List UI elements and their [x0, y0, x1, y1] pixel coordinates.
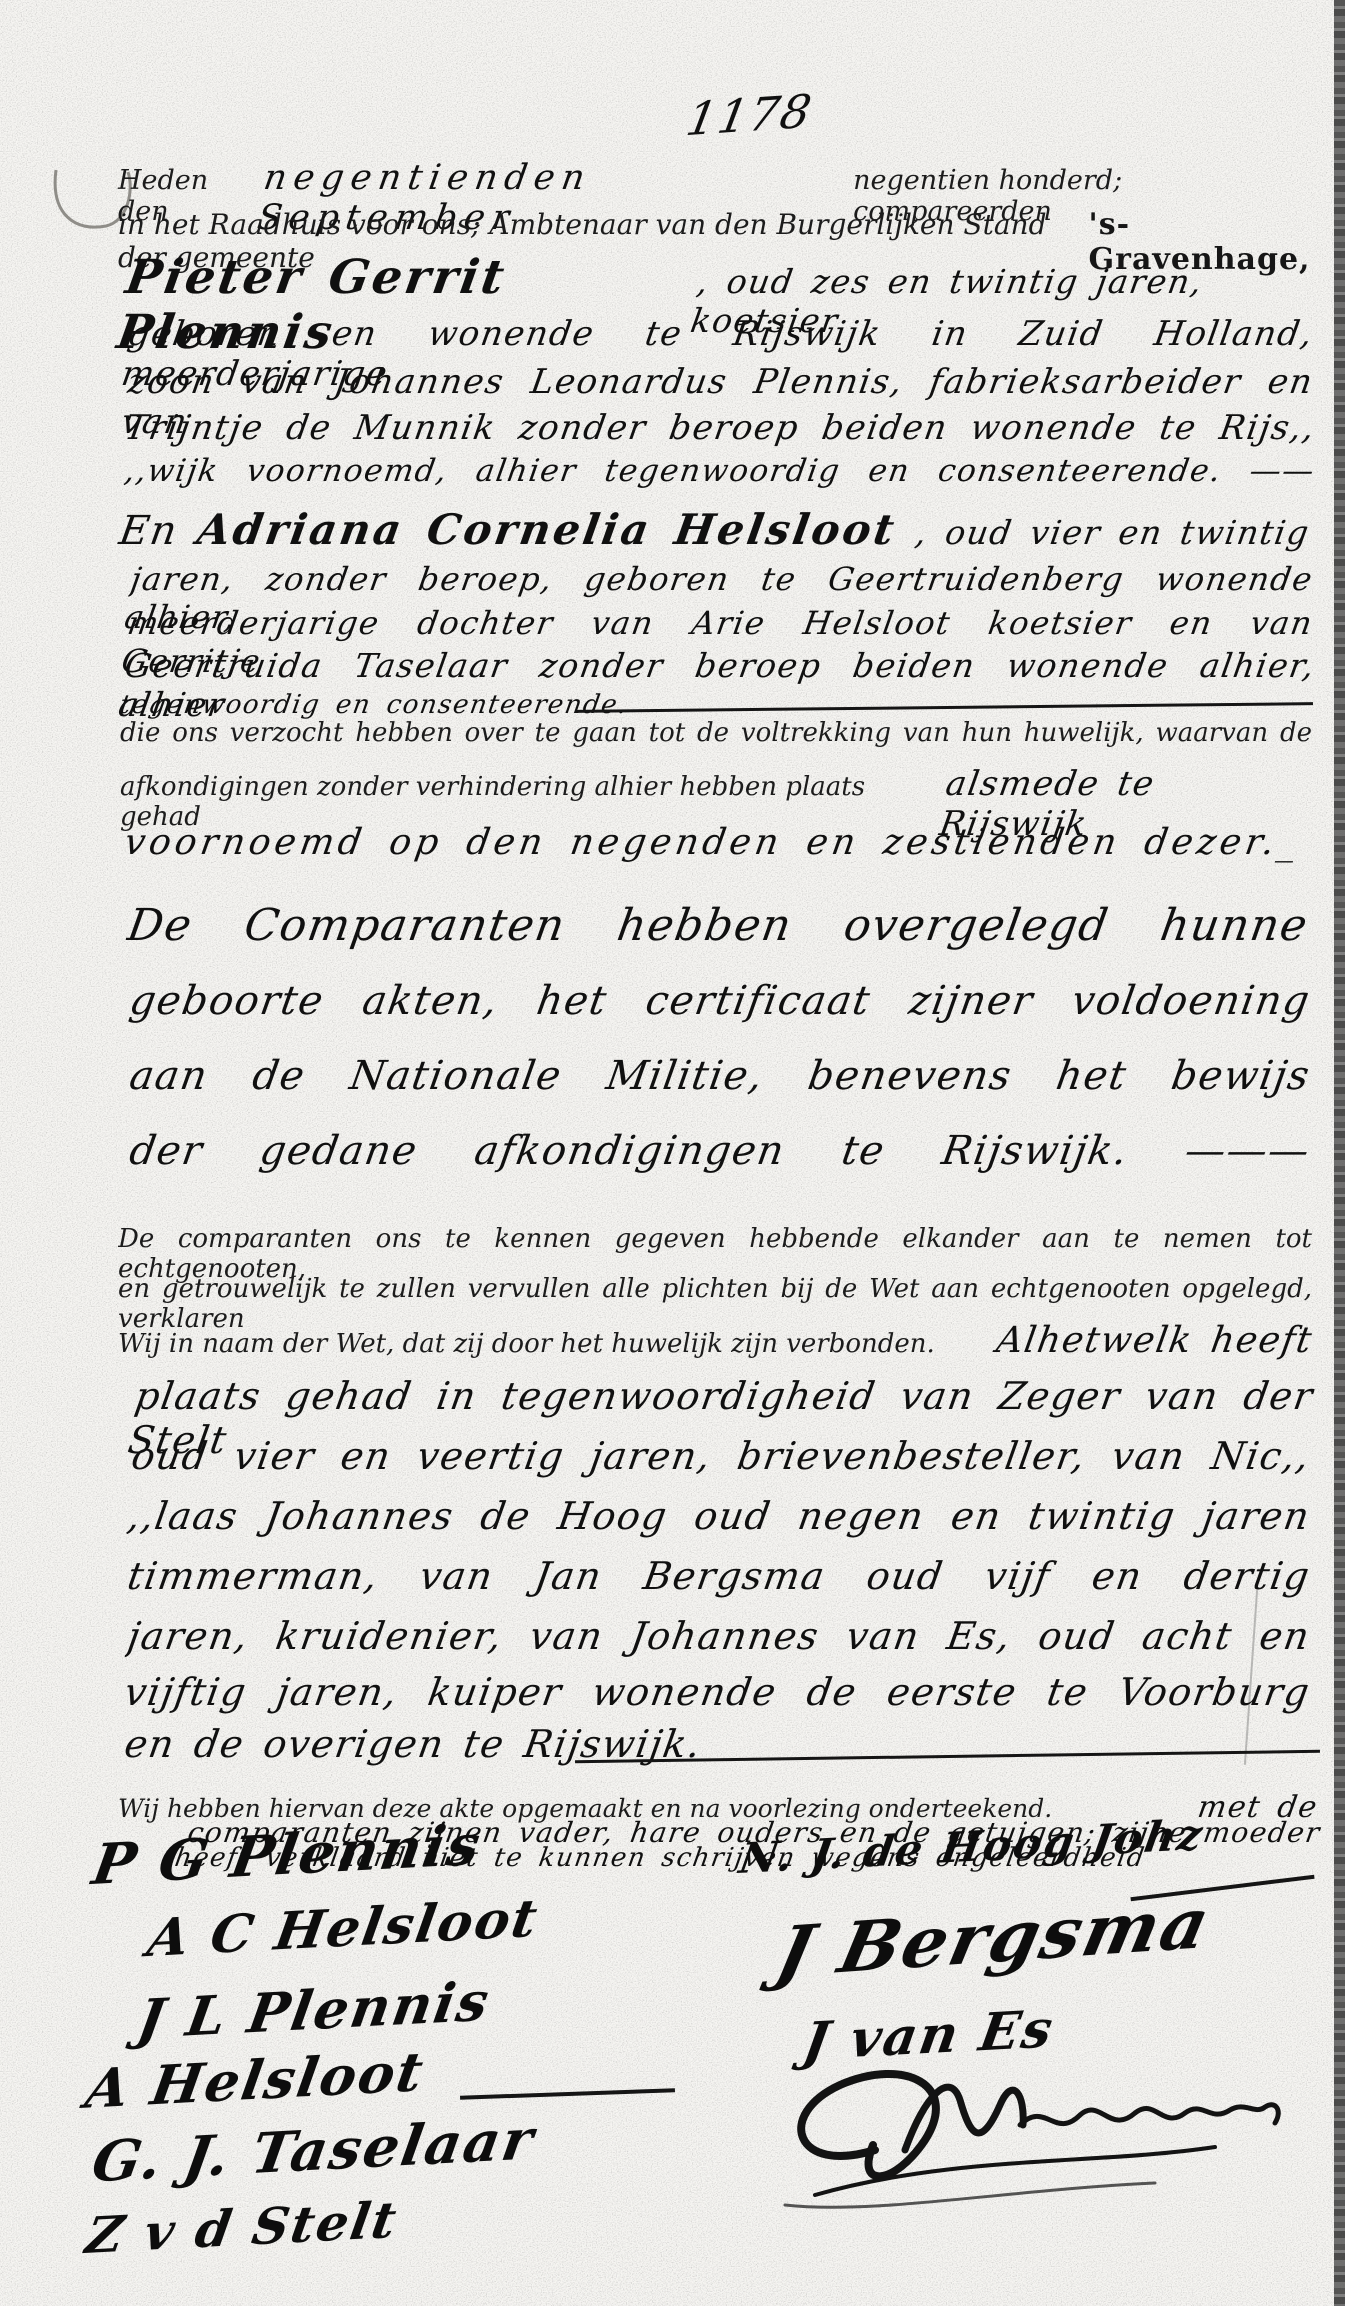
signature-witness-bergsma: J Bergsma	[769, 1881, 1218, 1993]
line-documents-3: aan de Nationale Militie, benevens het b…	[126, 1053, 1313, 1099]
bride-en: En	[116, 508, 181, 554]
line-witness-6: vijftig jaren, kuiper wonende de eerste …	[122, 1670, 1314, 1714]
signature-witness-stelt: Z v d Stelt	[82, 2190, 402, 2265]
line-bride-5: tegenwoordig en consenteerende.	[118, 690, 631, 720]
line-vows-3: Wij in naam der Wet, dat zij door het hu…	[118, 1320, 1312, 1361]
line-documents-1: De Comparanten hebben overgelegd hunne	[124, 900, 1312, 951]
official-registrar-signature	[755, 2055, 1325, 2235]
scanned-marriage-act-page: 1178 Heden den negentienden September ne…	[0, 0, 1345, 2306]
vows-handwritten-alhetwelk: Alhetwelk heeft	[993, 1320, 1315, 1361]
line-documents-2: geboorte akten, het certificaat zijner v…	[126, 978, 1313, 1024]
signature-father-bride: A Helsloot	[81, 2039, 429, 2120]
scan-edge-shadow	[1334, 0, 1345, 2306]
signature-father-groom: J L Plennis	[133, 1969, 495, 2051]
line-request-1: die ons verzocht hebben over te gaan tot…	[120, 718, 1312, 748]
vows-printed-wet: Wij in naam der Wet, dat zij door het hu…	[118, 1329, 935, 1359]
line-documents-4: der gedane afkondigingen te Rijswijk. ——…	[126, 1128, 1313, 1174]
line-witness-2: oud vier en veertig jaren, brievenbestel…	[129, 1434, 1314, 1478]
line-groom-4: Trijntje de Munnik zonder beroep beiden …	[122, 408, 1318, 448]
bride-name: Adriana Cornelia Helsloot	[194, 505, 900, 554]
line-witness-4: timmerman, van Jan Bergsma oud vijf en d…	[125, 1554, 1314, 1598]
bride-age: , oud vier en twintig	[913, 513, 1313, 552]
signature-witness-vanes: J van Es	[799, 1999, 1059, 2073]
line-request-3: voornoemd op den negenden en zestienden …	[122, 822, 1303, 863]
act-number: 1178	[682, 84, 817, 146]
signature-flourish-line	[460, 2088, 675, 2100]
line-bride-name: En Adriana Cornelia Helsloot , oud vier …	[116, 505, 1314, 554]
line-witness-5: jaren, kruidenier, van Johannes van Es, …	[125, 1614, 1314, 1658]
signature-mother-bride: G. J. Taselaar	[88, 2107, 540, 2196]
signature-bride: A C Helsloot	[143, 1888, 543, 1969]
line-groom-5: ,,wijk voornoemd, alhier tegenwoordig en…	[122, 453, 1318, 489]
line-witness-3: ,,laas Johannes de Hoog oud negen en twi…	[125, 1494, 1314, 1538]
